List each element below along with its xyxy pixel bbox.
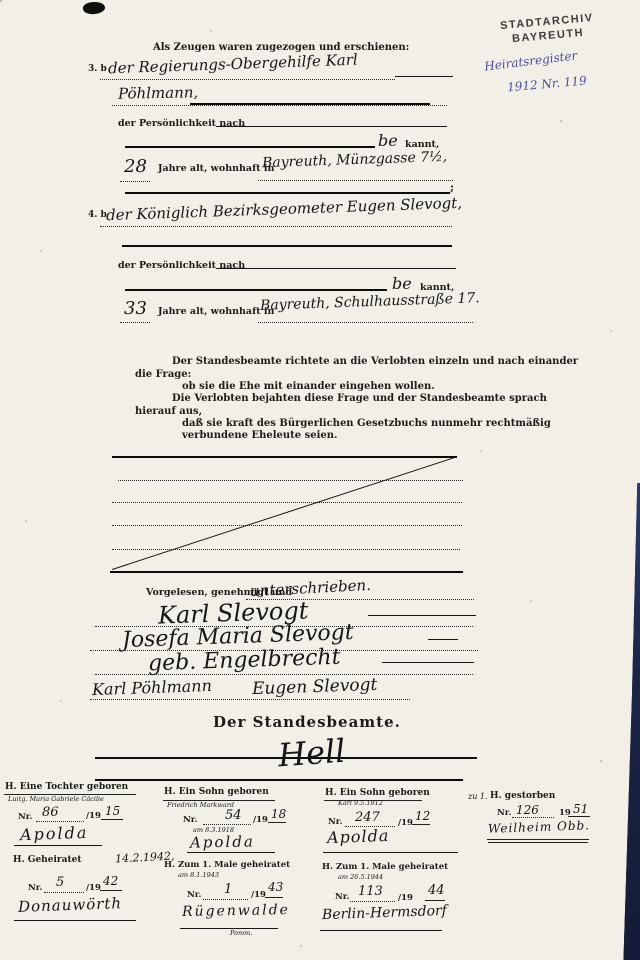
col3-nr2-label: Nr. <box>335 892 349 902</box>
rule-line <box>258 322 473 323</box>
rule-line <box>488 842 588 843</box>
col1-year-value: 15 <box>105 804 120 818</box>
col2-place2: Rügenwalde <box>182 902 290 920</box>
rule-line <box>180 928 278 929</box>
rule-line <box>120 181 150 182</box>
rule-line <box>100 890 122 891</box>
col3-year2-value: 44 <box>428 883 445 898</box>
witness4-age: 33 <box>124 298 147 319</box>
col1-child-name: Luitg. Maria Gabriele Cäcilie <box>8 795 104 803</box>
rule-line <box>216 126 447 127</box>
stamp-zum-male-geheiratet-2: H. Zum 1. Male geheiratet <box>164 860 290 870</box>
rule-line <box>95 779 463 781</box>
witness3-name-line1: der Regierungs-Obergehilfe Karl <box>108 51 358 78</box>
rule-line <box>112 502 462 503</box>
rule-line <box>216 268 456 269</box>
col1-place2: Donauwörth <box>18 894 123 916</box>
col3-place2: Berlin-Hermsdorf <box>322 903 447 923</box>
rule-line <box>125 146 375 148</box>
col3-year2-prefix: /19 <box>398 893 413 903</box>
col1-nr2-value: 5 <box>56 875 64 890</box>
rule-line <box>268 822 286 823</box>
rule-line <box>323 852 458 853</box>
col3-place: Apolda <box>327 826 390 847</box>
witness3-name-line2: Pöhlmann, <box>118 83 199 102</box>
declaration-line3: ob sie die Ehe mit einander eingehen wol… <box>182 381 435 392</box>
col4-reference: zu 1. <box>468 792 488 801</box>
witness4-index: 4. b <box>88 210 107 220</box>
rule-line <box>428 639 458 640</box>
rule-line <box>382 662 474 663</box>
witness3-residence: Bayreuth, Münzgasse 7½, <box>262 149 448 171</box>
col1-year-prefix: /19 <box>86 811 101 821</box>
witness4-age-label: Jahre alt, wohnhaft in <box>158 306 274 317</box>
rule-line <box>95 674 473 675</box>
col3-year-prefix: /19 <box>398 818 413 828</box>
rule-line <box>100 226 452 227</box>
rule-line <box>258 180 453 181</box>
rule-line <box>512 817 554 818</box>
col2-marriage-date: am 8.1.1943 <box>178 871 219 879</box>
declaration-line2: die Frage: <box>135 369 191 380</box>
rule-line <box>395 76 453 77</box>
col2-year-value: 18 <box>271 807 286 821</box>
ink-blot <box>82 1 105 16</box>
col3-nr-value: 247 <box>355 810 380 825</box>
paper-noise <box>0 0 2 2</box>
witness3-identity-label: der Persönlichkeit nach <box>118 118 245 129</box>
signature-karl-poehlmann: Karl Pöhlmann <box>92 676 212 699</box>
declaration-line7: verbundene Eheleute seien. <box>182 430 338 441</box>
col3-year-value: 12 <box>415 809 430 823</box>
col4-year-value: 51 <box>573 802 588 816</box>
col4-nr-value: 126 <box>516 803 539 817</box>
stamp-gestorben: H. gestorben <box>490 791 555 801</box>
rule-line <box>187 852 275 853</box>
cancellation-stroke <box>112 457 455 570</box>
signature-eugen-slevogt: Eugen Slevogt <box>252 675 378 699</box>
rule-line <box>112 525 462 526</box>
stamp-sohn-geboren-2: H. Ein Sohn geboren <box>164 787 269 797</box>
col1-nr-value: 86 <box>42 805 59 820</box>
witness4-identity-label: der Persönlichkeit nach <box>118 260 245 271</box>
col2-year2-prefix: /19 <box>251 890 266 900</box>
rule-line <box>118 480 463 481</box>
rule-line <box>568 816 590 817</box>
separator-semicolon: ; <box>450 181 454 194</box>
witness3-age-label: Jahre alt, wohnhaft in <box>158 163 274 174</box>
registrar-signature: Hell <box>277 732 347 775</box>
witnesses-intro: Als Zeugen waren zugezogen und erschiene… <box>153 42 409 53</box>
col3-nr2-value: 113 <box>358 884 383 899</box>
col4-place: Weilheim Obb. <box>488 818 590 836</box>
witness4-name-line: der Königlich Bezirksgeometer Eugen Slev… <box>106 194 463 224</box>
witness3-known-handwritten: be <box>378 131 398 150</box>
rule-line <box>125 289 387 291</box>
declaration-line6: daß sie kraft des Bürgerlichen Gesetzbuc… <box>182 418 551 429</box>
stamp-geheiratet: H. Geheiratet <box>13 855 81 865</box>
rule-line <box>44 892 84 893</box>
col1-nr2-label: Nr. <box>28 883 42 893</box>
rule-line <box>368 615 476 616</box>
scanned-marriage-register-page: { "labels": { "identity": "der Persönlic… <box>0 0 640 960</box>
col1-year2-prefix: /19 <box>86 883 101 893</box>
rule-line <box>125 192 450 194</box>
col3-child-name: Karl 9.5.1912 <box>338 799 383 807</box>
witness3-age: 28 <box>124 156 147 177</box>
rule-line <box>14 845 102 846</box>
rule-line <box>190 103 430 105</box>
rule-line <box>487 839 589 840</box>
col2-nr-value: 54 <box>225 808 242 823</box>
col2-nr2-value: 1 <box>224 882 232 897</box>
col2-nr2-label: Nr. <box>187 890 201 900</box>
stamp-zum-male-geheiratet-3: H. Zum 1. Male geheiratet <box>322 862 448 872</box>
rule-line <box>203 899 248 900</box>
rule-line <box>320 930 442 931</box>
stamp-tochter-geboren: H. Eine Tochter geboren <box>5 782 128 792</box>
rule-line <box>112 549 460 550</box>
col2-place2-region: Pomm. <box>230 929 252 937</box>
rule-line <box>100 79 395 80</box>
col2-place: Apolda <box>190 832 255 851</box>
col1-place: Apolda <box>20 823 89 844</box>
closing-prefix-handwritten: unterschrieben. <box>250 576 372 600</box>
rule-line <box>112 105 447 106</box>
rule-line <box>90 699 410 700</box>
witness4-residence: Bayreuth, Schulhausstraße 17. <box>260 290 480 314</box>
col1-nr-label: Nr. <box>18 812 32 822</box>
binding-edge-shadow <box>622 483 640 960</box>
rule-line <box>425 900 445 901</box>
col3-nr-label: Nr. <box>328 817 342 827</box>
col3-marriage-date: am 26.5.1944 <box>338 873 383 881</box>
stamp-sohn-geboren-3: H. Ein Sohn geboren <box>325 788 430 798</box>
rule-line <box>122 245 452 247</box>
rule-line <box>203 824 251 825</box>
declaration-line4: Die Verlobten bejahten diese Frage und d… <box>172 393 547 404</box>
rule-line <box>412 824 430 825</box>
col2-nr-label: Nr. <box>183 815 197 825</box>
rule-line <box>120 322 150 323</box>
rule-line <box>112 456 457 458</box>
witness4-known-handwritten: be <box>392 274 412 293</box>
rule-line <box>265 897 283 898</box>
signature-geb-engelbrecht: geb. Engelbrecht <box>148 645 341 677</box>
registrar-heading: Der Standesbeamte. <box>213 713 401 731</box>
rule-line <box>110 571 463 573</box>
rule-line <box>350 901 395 902</box>
col4-nr-label: Nr. <box>497 808 511 818</box>
archive-note-register: Heiratsregister <box>483 48 577 73</box>
rule-line <box>101 819 123 820</box>
declaration-line5: hierauf aus, <box>135 406 202 417</box>
archive-note-number: 1912 Nr. 119 <box>507 74 588 95</box>
witness3-index: 3. b <box>88 64 107 74</box>
col2-year2-value: 43 <box>268 880 283 894</box>
col1-year2-value: 42 <box>103 874 118 888</box>
rule-line <box>36 821 84 822</box>
rule-line <box>14 920 136 921</box>
declaration-line1: Der Standesbeamte richtete an die Verlob… <box>172 356 578 367</box>
col2-year-prefix: /19 <box>253 815 268 825</box>
